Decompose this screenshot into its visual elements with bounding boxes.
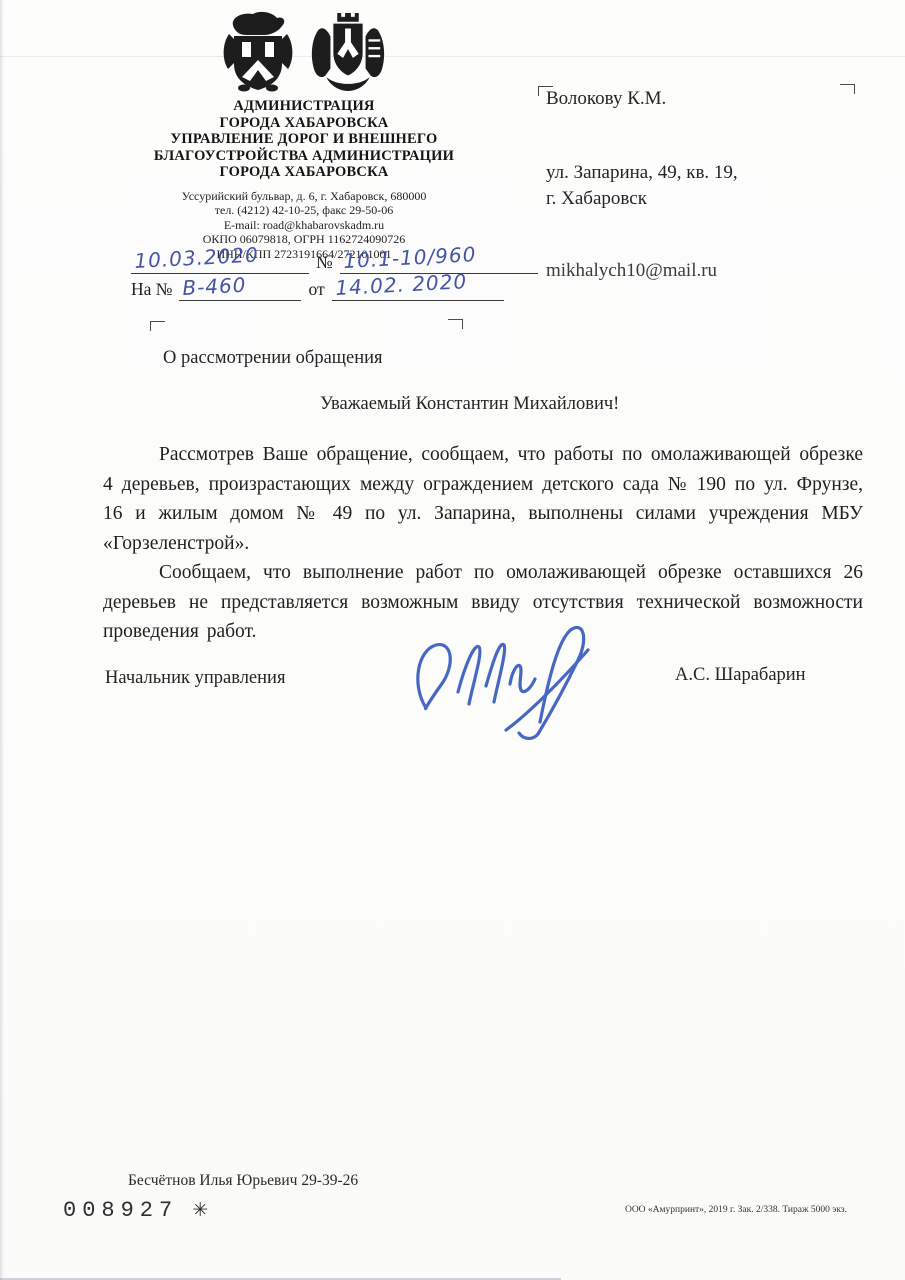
scanned-letter-page: АДМИНИСТРАЦИЯ ГОРОДА ХАБАРОВСКА УПРАВЛЕН…	[0, 0, 905, 1280]
signer-name: А.С. Шарабарин	[675, 665, 806, 686]
recipient-address-line1: ул. Запарина, 49, кв. 19,	[546, 160, 846, 186]
org-email: E-mail: road@khabarovskadm.ru	[128, 218, 480, 233]
asterisk-icon: ✳	[192, 1199, 208, 1221]
subject-line: О рассмотрении обращения	[163, 348, 383, 369]
outgoing-reference-row: 10.03.2020 № 10.1-10/960	[131, 250, 543, 274]
org-name: АДМИНИСТРАЦИЯ ГОРОДА ХАБАРОВСКА УПРАВЛЕН…	[128, 98, 480, 181]
signer-position: Начальник управления	[105, 668, 285, 689]
letterhead-emblems	[128, 10, 480, 92]
org-postal-address: Уссурийский бульвар, д. 6, г. Хабаровск,…	[128, 189, 480, 204]
old-khabarovsk-arms-icon	[220, 10, 296, 92]
org-line: ГОРОДА ХАБАРОВСКА	[128, 164, 480, 181]
executor-contact: Бесчётнов Илья Юрьевич 29-39-26	[128, 1172, 358, 1190]
incoming-number-line: В-460	[179, 277, 301, 301]
incoming-reference-row: На № В-460 от 14.02. 2020	[131, 277, 543, 301]
subject-corner-mark-left	[150, 321, 165, 331]
recipient-email: mikhalych10@mail.ru	[546, 260, 846, 282]
recipient-address-line2: г. Хабаровск	[546, 186, 846, 212]
org-line: БЛАГОУСТРОЙСТВА АДМИНИСТРАЦИИ	[128, 148, 480, 165]
form-number: 008927	[63, 1198, 178, 1223]
letter-body: Рассмотрев Ваше обращение, сообщаем, что…	[103, 440, 863, 647]
org-phone-fax: тел. (4212) 42-10-25, факс 29-50-06	[128, 203, 480, 218]
org-line: АДМИНИСТРАЦИЯ	[128, 98, 480, 115]
letterhead: АДМИНИСТРАЦИЯ ГОРОДА ХАБАРОВСКА УПРАВЛЕН…	[128, 10, 480, 261]
reference-block: 10.03.2020 № 10.1-10/960 На № В-460 от 1…	[131, 250, 543, 301]
outgoing-date-line: 10.03.2020	[131, 250, 309, 274]
salutation: Уважаемый Константин Михайлович!	[320, 394, 619, 415]
number-sign-label: №	[309, 252, 340, 274]
scan-edge-shadow	[0, 0, 4, 1280]
handwritten-incoming-number: В-460	[182, 273, 247, 300]
recipient-block: Волокову К.М. ул. Запарина, 49, кв. 19, …	[546, 88, 846, 282]
form-number-stamp: 008927✳	[63, 1198, 208, 1223]
na-no-label: На №	[131, 279, 179, 301]
subject-corner-mark-right	[448, 319, 463, 329]
handwritten-outgoing-date: 10.03.2020	[134, 243, 260, 273]
handwritten-signature-icon	[398, 622, 608, 740]
body-paragraph-1: Рассмотрев Ваше обращение, сообщаем, что…	[103, 440, 863, 558]
print-shop-imprint: ООО «Амурпринт», 2019 г. Зак. 2/338. Тир…	[555, 1205, 847, 1215]
khabarovsk-coat-of-arms-icon	[308, 10, 388, 92]
org-line: ГОРОДА ХАБАРОВСКА	[128, 115, 480, 132]
ot-label: от	[301, 279, 331, 301]
recipient-name: Волокову К.М.	[546, 88, 846, 110]
org-line: УПРАВЛЕНИЕ ДОРОГ И ВНЕШНЕГО	[128, 131, 480, 148]
incoming-date-line: 14.02. 2020	[332, 277, 504, 301]
